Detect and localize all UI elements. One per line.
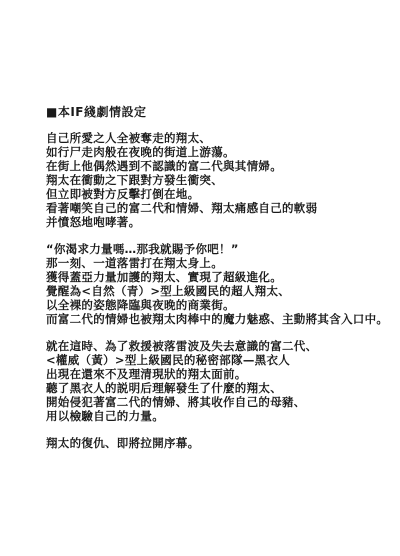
story-line: “你渴求力量嗎…那我就賜予你吧！” — [46, 242, 390, 256]
story-line: 在街上他偶然遇到不認識的富二代與其情婦。 — [46, 159, 390, 173]
story-line: 翔太在衝動之下跟對方發生衝突、 — [46, 173, 390, 187]
story-line: <權威（黃）>型上級國民的秘密部隊—黑衣人 — [46, 353, 390, 367]
story-line: 以全裸的姿態降臨與夜晚的商業街。 — [46, 298, 390, 312]
story-paragraph-3: 就在這時、為了救援被落雷波及失去意識的富二代、 <權威（黃）>型上級國民的秘密部… — [46, 339, 390, 423]
story-line: 覺醒為<自然（青）>型上級國民的超人翔太、 — [46, 284, 390, 298]
story-text-block: ■本IF綫劇情設定 自己所愛之人全被奪走的翔太、 如行尸走肉般在夜晚的街道上游蕩… — [46, 105, 390, 463]
story-line: 翔太的復仇、即將拉開序幕。 — [46, 436, 390, 450]
story-line: 并憤怒地咆哮著。 — [46, 215, 390, 229]
page-title: ■本IF綫劇情設定 — [46, 105, 390, 119]
story-line: 看著嘲笑自己的富二代和情婦、翔太痛感自己的軟弱 — [46, 201, 390, 215]
story-line: 獲得蓋亞力量加護的翔太、實現了超級進化。 — [46, 270, 390, 284]
story-line: 用以檢驗自己的力量。 — [46, 409, 390, 423]
story-paragraph-2: “你渴求力量嗎…那我就賜予你吧！” 那一刻、一道落雷打在翔太身上。 獲得蓋亞力量… — [46, 242, 390, 326]
story-line: 自己所愛之人全被奪走的翔太、 — [46, 131, 390, 145]
story-line: 出現在還來不及理清現狀的翔太面前。 — [46, 367, 390, 381]
story-line: 就在這時、為了救援被落雷波及失去意識的富二代、 — [46, 339, 390, 353]
document-page: ■本IF綫劇情設定 自己所愛之人全被奪走的翔太、 如行尸走肉般在夜晚的街道上游蕩… — [0, 0, 400, 556]
story-paragraph-4: 翔太的復仇、即將拉開序幕。 — [46, 436, 390, 450]
story-line: 聽了黑衣人的説明后理解發生了什麼的翔太、 — [46, 381, 390, 395]
story-paragraph-1: 自己所愛之人全被奪走的翔太、 如行尸走肉般在夜晚的街道上游蕩。 在街上他偶然遇到… — [46, 131, 390, 229]
story-line: 那一刻、一道落雷打在翔太身上。 — [46, 256, 390, 270]
story-line: 開始侵犯著富二代的情婦、將其收作自己的母豬、 — [46, 395, 390, 409]
story-line: 而富二代的情婦也被翔太肉棒中的魔力魅惑、主動將其含入口中。 — [46, 312, 390, 326]
story-line: 如行尸走肉般在夜晚的街道上游蕩。 — [46, 145, 390, 159]
story-line: 但立即被對方反擊打倒在地。 — [46, 187, 390, 201]
